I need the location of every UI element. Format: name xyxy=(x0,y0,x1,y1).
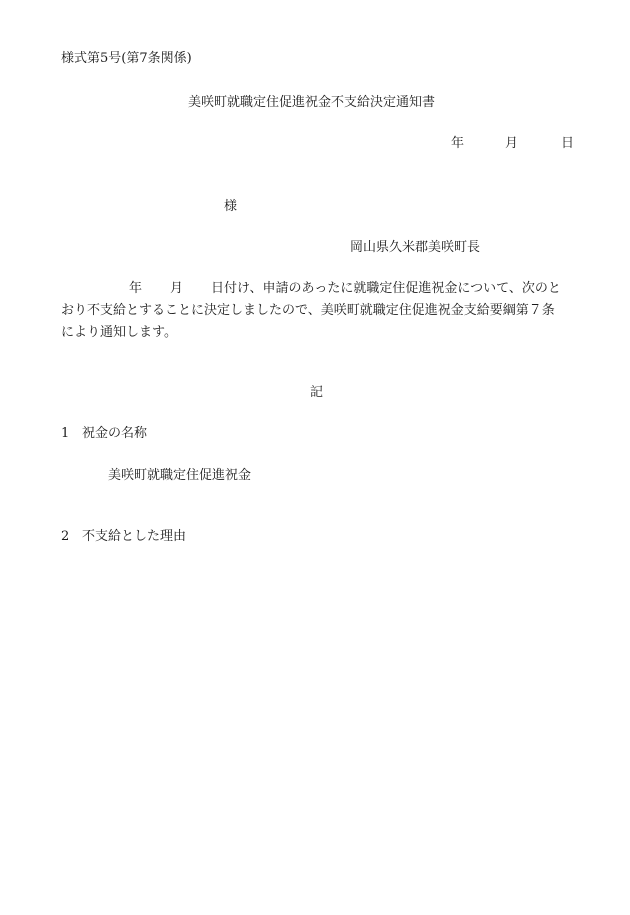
date-day-label: 日 xyxy=(561,137,574,150)
item-2-number: 2 xyxy=(61,530,82,543)
item-1-value: 美咲町就職定住促進祝金 xyxy=(108,469,251,482)
body-line-2: おり不支給とすることに決定しましたので、美咲町就職定住促進祝金支給要綱第７条 xyxy=(61,300,577,322)
form-number: 様式第5号(第7条関係) xyxy=(61,52,192,65)
ki-label: 記 xyxy=(310,386,323,399)
date-month-label: 月 xyxy=(505,137,518,150)
item-1-heading-text: 祝金の名称 xyxy=(82,426,147,441)
issuer-name: 岡山県久米郡美咲町長 xyxy=(350,241,480,254)
body-year-label: 年 xyxy=(129,281,142,296)
body-month-label: 月 xyxy=(170,281,183,296)
item-2-heading-text: 不支給とした理由 xyxy=(82,529,186,544)
document-title: 美咲町就職定住促進祝金不支給決定通知書 xyxy=(188,96,435,109)
body-line-1-text: 日付け、申請のあったに就職定住促進祝金について、次のと xyxy=(211,281,561,296)
recipient-honorific: 様 xyxy=(224,200,237,213)
body-paragraph: 年月日付け、申請のあったに就職定住促進祝金について、次のと おり不支給とすること… xyxy=(61,278,577,344)
item-1-number: 1 xyxy=(61,427,82,440)
body-line-1: 年月日付け、申請のあったに就職定住促進祝金について、次のと xyxy=(61,278,577,300)
date-year-label: 年 xyxy=(451,137,464,150)
item-2-heading: 2不支給とした理由 xyxy=(61,530,186,543)
body-line-3: により通知します。 xyxy=(61,322,577,344)
item-1-heading: 1祝金の名称 xyxy=(61,427,147,440)
